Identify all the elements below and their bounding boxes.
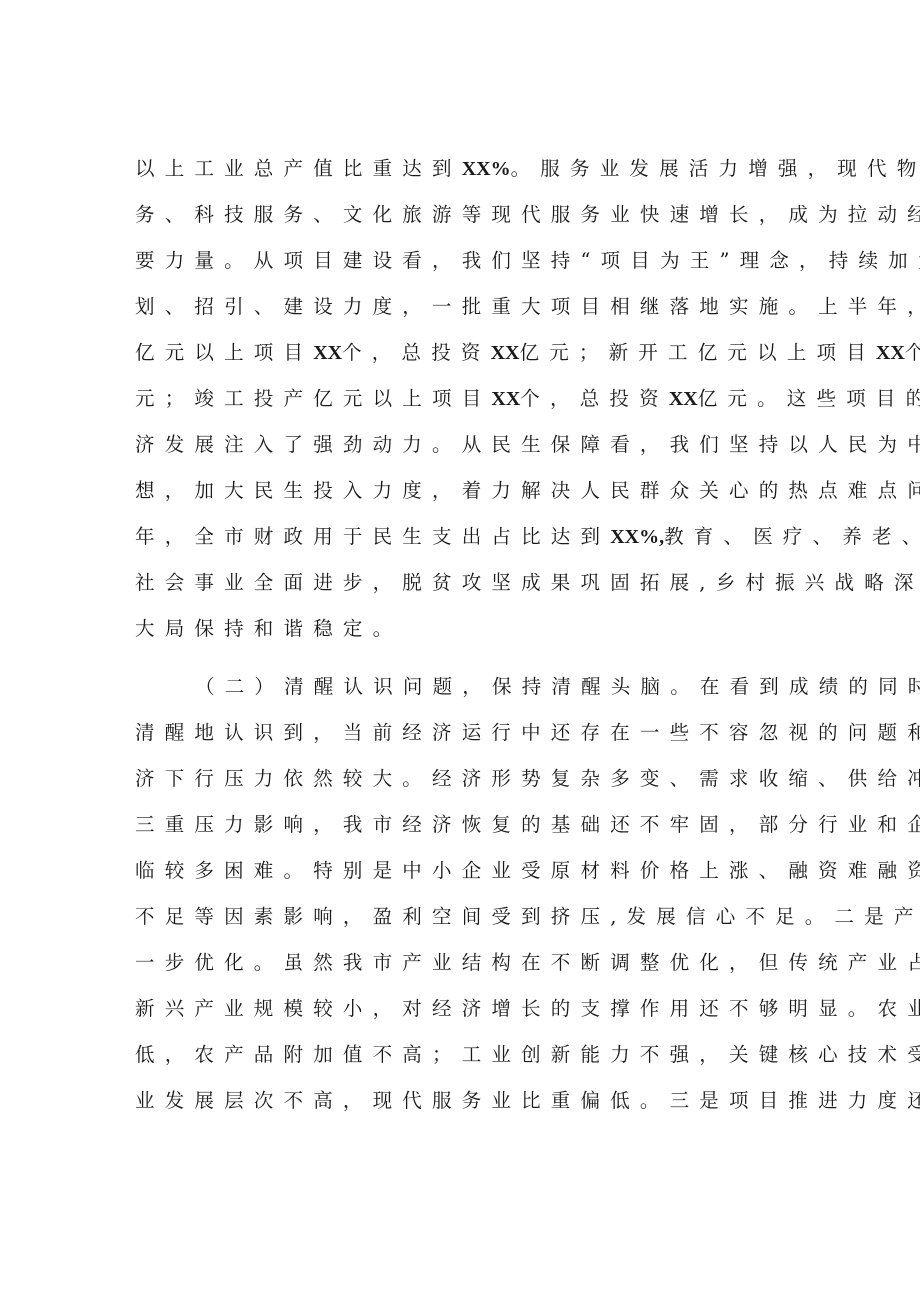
text-line: 划、招引、建设力度，一批重大项目相继落地实施。上半年，全市新签约 bbox=[135, 288, 795, 334]
paragraph-problems-section-two: （二）清醒认识问题，保持清醒头脑。在看到成绩的同时，我们也要清醒地认识到，当前经… bbox=[135, 668, 795, 1128]
text-segment: 想，加大民生投入力度，着力解决人民群众关心的热点难点问题。上半 bbox=[135, 479, 920, 502]
text-line: 业发展层次不高，现代服务业比重偏低。三是项目推进力度还需加大。部分 bbox=[135, 1082, 795, 1128]
text-segment: 。服务业发展活力增强，现代物流、金融服 bbox=[511, 157, 920, 180]
text-segment: 务、科技服务、文化旅游等现代服务业快速增长，成为拉动经济增长的重 bbox=[135, 203, 920, 226]
text-line: 三重压力影响，我市经济恢复的基础还不牢固，部分行业和企业生产经营面 bbox=[135, 806, 795, 852]
text-line: 大局保持和谐稳定。 bbox=[135, 610, 795, 656]
text-segment: 济发展注入了强劲动力。从民生保障看，我们坚持以人民为中心的发展思 bbox=[135, 433, 920, 456]
text-line: 济下行压力依然较大。经济形势复杂多变、需求收缩、供给冲击、预期转弱 bbox=[135, 760, 795, 806]
text-segment: 亿元以上项目 bbox=[135, 341, 313, 364]
text-segment: 一步优化。虽然我市产业结构在不断调整优化，但传统产业占比仍然较高， bbox=[135, 951, 920, 974]
text-line: 新兴产业规模较小，对经济增长的支撑作用还不够明显。农业产业化水平较 bbox=[135, 990, 795, 1036]
placeholder-value: XX% bbox=[462, 158, 511, 180]
text-segment: 低，农产品附加值不高；工业创新能力不强，关键核心技术受制于人；服务 bbox=[135, 1043, 920, 1066]
text-segment: 个，总投资 bbox=[905, 341, 920, 364]
text-line: 年，全市财政用于民生支出占比达到XX%,教育、医疗、养老、就业等各项 bbox=[135, 518, 795, 564]
text-segment: 社会事业全面进步，脱贫攻坚成果巩固拓展,乡村振兴战略深入实施，社会 bbox=[135, 571, 920, 594]
text-segment: 新兴产业规模较小，对经济增长的支撑作用还不够明显。农业产业化水平较 bbox=[135, 997, 920, 1020]
text-segment: 济下行压力依然较大。经济形势复杂多变、需求收缩、供给冲击、预期转弱 bbox=[135, 767, 920, 790]
text-segment: 要力量。从项目建设看，我们坚持“项目为王”理念，持续加大项目谋 bbox=[135, 249, 920, 272]
text-line: 低，农产品附加值不高；工业创新能力不强，关键核心技术受制于人；服务 bbox=[135, 1036, 795, 1082]
text-line: 元；竣工投产亿元以上项目XX个，总投资XX亿元。这些项目的实施，为经 bbox=[135, 380, 795, 426]
text-segment: 以上工业总产值比重达到 bbox=[135, 157, 462, 180]
text-line: 亿元以上项目XX个，总投资XX亿元；新开工亿元以上项目XX个，总投资X亿 bbox=[135, 334, 795, 380]
text-line: 想，加大民生投入力度，着力解决人民群众关心的热点难点问题。上半 bbox=[135, 472, 795, 518]
paragraph-achievements-continued: 以上工业总产值比重达到XX%。服务业发展活力增强，现代物流、金融服务、科技服务、… bbox=[135, 150, 795, 656]
text-line: 济发展注入了强劲动力。从民生保障看，我们坚持以人民为中心的发展思 bbox=[135, 426, 795, 472]
text-segment: 年，全市财政用于民生支出占比达到 bbox=[135, 525, 610, 548]
text-segment: （二）清醒认识问题，保持清醒头脑。在看到成绩的同时，我们也要 bbox=[195, 675, 920, 698]
placeholder-value: XX bbox=[876, 342, 905, 364]
document-page: 以上工业总产值比重达到XX%。服务业发展活力增强，现代物流、金融服务、科技服务、… bbox=[0, 0, 920, 1301]
text-segment: 个，总投资 bbox=[520, 387, 669, 410]
placeholder-value: XX bbox=[669, 388, 698, 410]
text-line: 务、科技服务、文化旅游等现代服务业快速增长，成为拉动经济增长的重 bbox=[135, 196, 795, 242]
text-line: 不足等因素影响，盈利空间受到挤压,发展信心不足。二是产业结构有待进 bbox=[135, 898, 795, 944]
text-segment: 三重压力影响，我市经济恢复的基础还不牢固，部分行业和企业生产经营面 bbox=[135, 813, 920, 836]
document-body: 以上工业总产值比重达到XX%。服务业发展活力增强，现代物流、金融服务、科技服务、… bbox=[135, 150, 795, 1128]
text-segment: 清醒地认识到，当前经济运行中还存在一些不容忽视的问题和挑战。一是经 bbox=[135, 721, 920, 744]
text-segment: 不足等因素影响，盈利空间受到挤压,发展信心不足。二是产业结构有待进 bbox=[135, 905, 920, 928]
text-line: 要力量。从项目建设看，我们坚持“项目为王”理念，持续加大项目谋 bbox=[135, 242, 795, 288]
text-segment: 业发展层次不高，现代服务业比重偏低。三是项目推进力度还需加大。部分 bbox=[135, 1089, 920, 1112]
text-segment: 大局保持和谐稳定。 bbox=[135, 617, 402, 640]
placeholder-value: XX%, bbox=[610, 526, 664, 548]
text-segment: 临较多困难。特别是中小企业受原材料价格上涨、融资难融资贵、市场需求 bbox=[135, 859, 920, 882]
text-line: 以上工业总产值比重达到XX%。服务业发展活力增强，现代物流、金融服 bbox=[135, 150, 795, 196]
text-line: 临较多困难。特别是中小企业受原材料价格上涨、融资难融资贵、市场需求 bbox=[135, 852, 795, 898]
text-segment: 亿元；新开工亿元以上项目 bbox=[520, 341, 876, 364]
placeholder-value: XX bbox=[491, 388, 520, 410]
placeholder-value: XX bbox=[491, 342, 520, 364]
text-segment: 教育、医疗、养老、就业等各项 bbox=[664, 525, 920, 548]
placeholder-value: XX bbox=[313, 342, 342, 364]
text-line: 清醒地认识到，当前经济运行中还存在一些不容忽视的问题和挑战。一是经 bbox=[135, 714, 795, 760]
text-segment: 个，总投资 bbox=[342, 341, 491, 364]
text-line: 社会事业全面进步，脱贫攻坚成果巩固拓展,乡村振兴战略深入实施，社会 bbox=[135, 564, 795, 610]
text-segment: 亿元。这些项目的实施，为经 bbox=[698, 387, 920, 410]
text-line: 一步优化。虽然我市产业结构在不断调整优化，但传统产业占比仍然较高， bbox=[135, 944, 795, 990]
text-segment: 划、招引、建设力度，一批重大项目相继落地实施。上半年，全市新签约 bbox=[135, 295, 920, 318]
text-segment: 元；竣工投产亿元以上项目 bbox=[135, 387, 491, 410]
text-line: （二）清醒认识问题，保持清醒头脑。在看到成绩的同时，我们也要 bbox=[135, 668, 795, 714]
